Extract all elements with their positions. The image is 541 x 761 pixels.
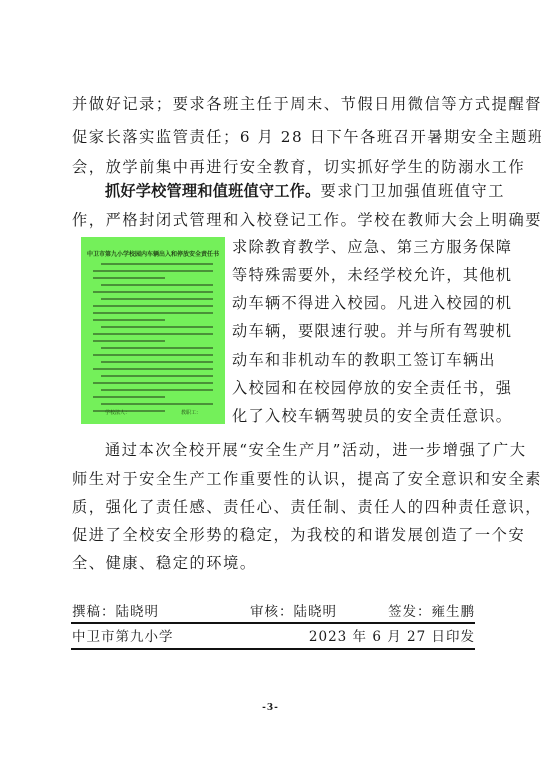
body-text-line: 促家长落实监管责任；6 月 28 日下午各班召开暑期安全主题班 bbox=[72, 127, 475, 147]
page-number: -3- bbox=[0, 703, 541, 713]
signature-row: 撰稿：陆晓明 审核：陆晓明 签发：雍生鹏 bbox=[72, 603, 475, 621]
divider-line bbox=[71, 648, 475, 650]
publisher-org: 中卫市第九小学 bbox=[72, 628, 174, 646]
embedded-sign-left: 学校法人： bbox=[105, 409, 130, 416]
embedded-image-text-block bbox=[93, 263, 213, 417]
body-text-line: 促进了全校安全形势的稳定，为我校的和谐发展创造了一个安 bbox=[72, 525, 475, 545]
body-text-line: 求除教育教学、应急、第三方服务保障 bbox=[232, 237, 475, 257]
body-text-line: 通过本次全校开展“安全生产月”活动，进一步增强了广大 bbox=[105, 440, 475, 460]
body-text-line: 动车辆不得进入校园。凡进入校园的机 bbox=[232, 293, 475, 313]
body-text-line: 全、健康、稳定的环境。 bbox=[72, 553, 475, 573]
body-text-line: 动车辆，要限速行驶。并与所有驾驶机 bbox=[232, 321, 475, 341]
body-text-line: 动车和非机动车的教职工签订车辆出 bbox=[232, 350, 475, 370]
embedded-image-signature-row: 学校法人： 教职工： bbox=[105, 409, 201, 416]
management-paragraph-first-line: 抓好学校管理和值班值守工作。要求门卫加强值班值守工 bbox=[105, 181, 475, 201]
section-heading: 抓好学校管理和值班值守工作。 bbox=[105, 182, 320, 200]
body-text-line: 化了入校车辆驾驶员的安全责任意识。 bbox=[232, 406, 475, 426]
body-text-line: 质，强化了责任感、责任心、责任制、责任人的四种责任意识， bbox=[72, 497, 475, 517]
publisher-row: 中卫市第九小学 2023 年 6 月 27 日印发 bbox=[72, 628, 475, 646]
body-text-line: 师生对于安全生产工作重要性的认识，提高了安全意识和安全素 bbox=[72, 469, 475, 489]
body-text-line: 等特殊需要外，未经学校允许，其他机 bbox=[232, 265, 475, 285]
body-text-line: 入校园和在校园停放的安全责任书，强 bbox=[232, 378, 475, 398]
divider-line bbox=[71, 622, 475, 624]
drafter-label: 撰稿：陆晓明 bbox=[72, 603, 159, 621]
issuer-label: 签发：雍生鹏 bbox=[388, 603, 475, 621]
embedded-sign-right: 教职工： bbox=[181, 409, 201, 416]
body-text-line: 会，放学前集中再进行安全教育，切实抓好学生的防溺水工作 bbox=[72, 157, 475, 177]
publish-date: 2023 年 6 月 27 日印发 bbox=[309, 628, 475, 646]
embedded-image-title: 中卫市第九小学校园内车辆出入和停放安全责任书 bbox=[81, 249, 225, 258]
reviewer-label: 审核：陆晓明 bbox=[250, 603, 337, 621]
body-text: 要求门卫加强值班值守工 bbox=[320, 182, 505, 200]
body-text-line: 作，严格封闭式管理和入校登记工作。学校在教师大会上明确要 bbox=[72, 210, 475, 230]
embedded-responsibility-letter-image: 中卫市第九小学校园内车辆出入和停放安全责任书 学校法人： 教职工： bbox=[81, 237, 225, 424]
body-text-line: 并做好记录；要求各班主任于周末、节假日用微信等方式提醒督 bbox=[72, 94, 475, 114]
